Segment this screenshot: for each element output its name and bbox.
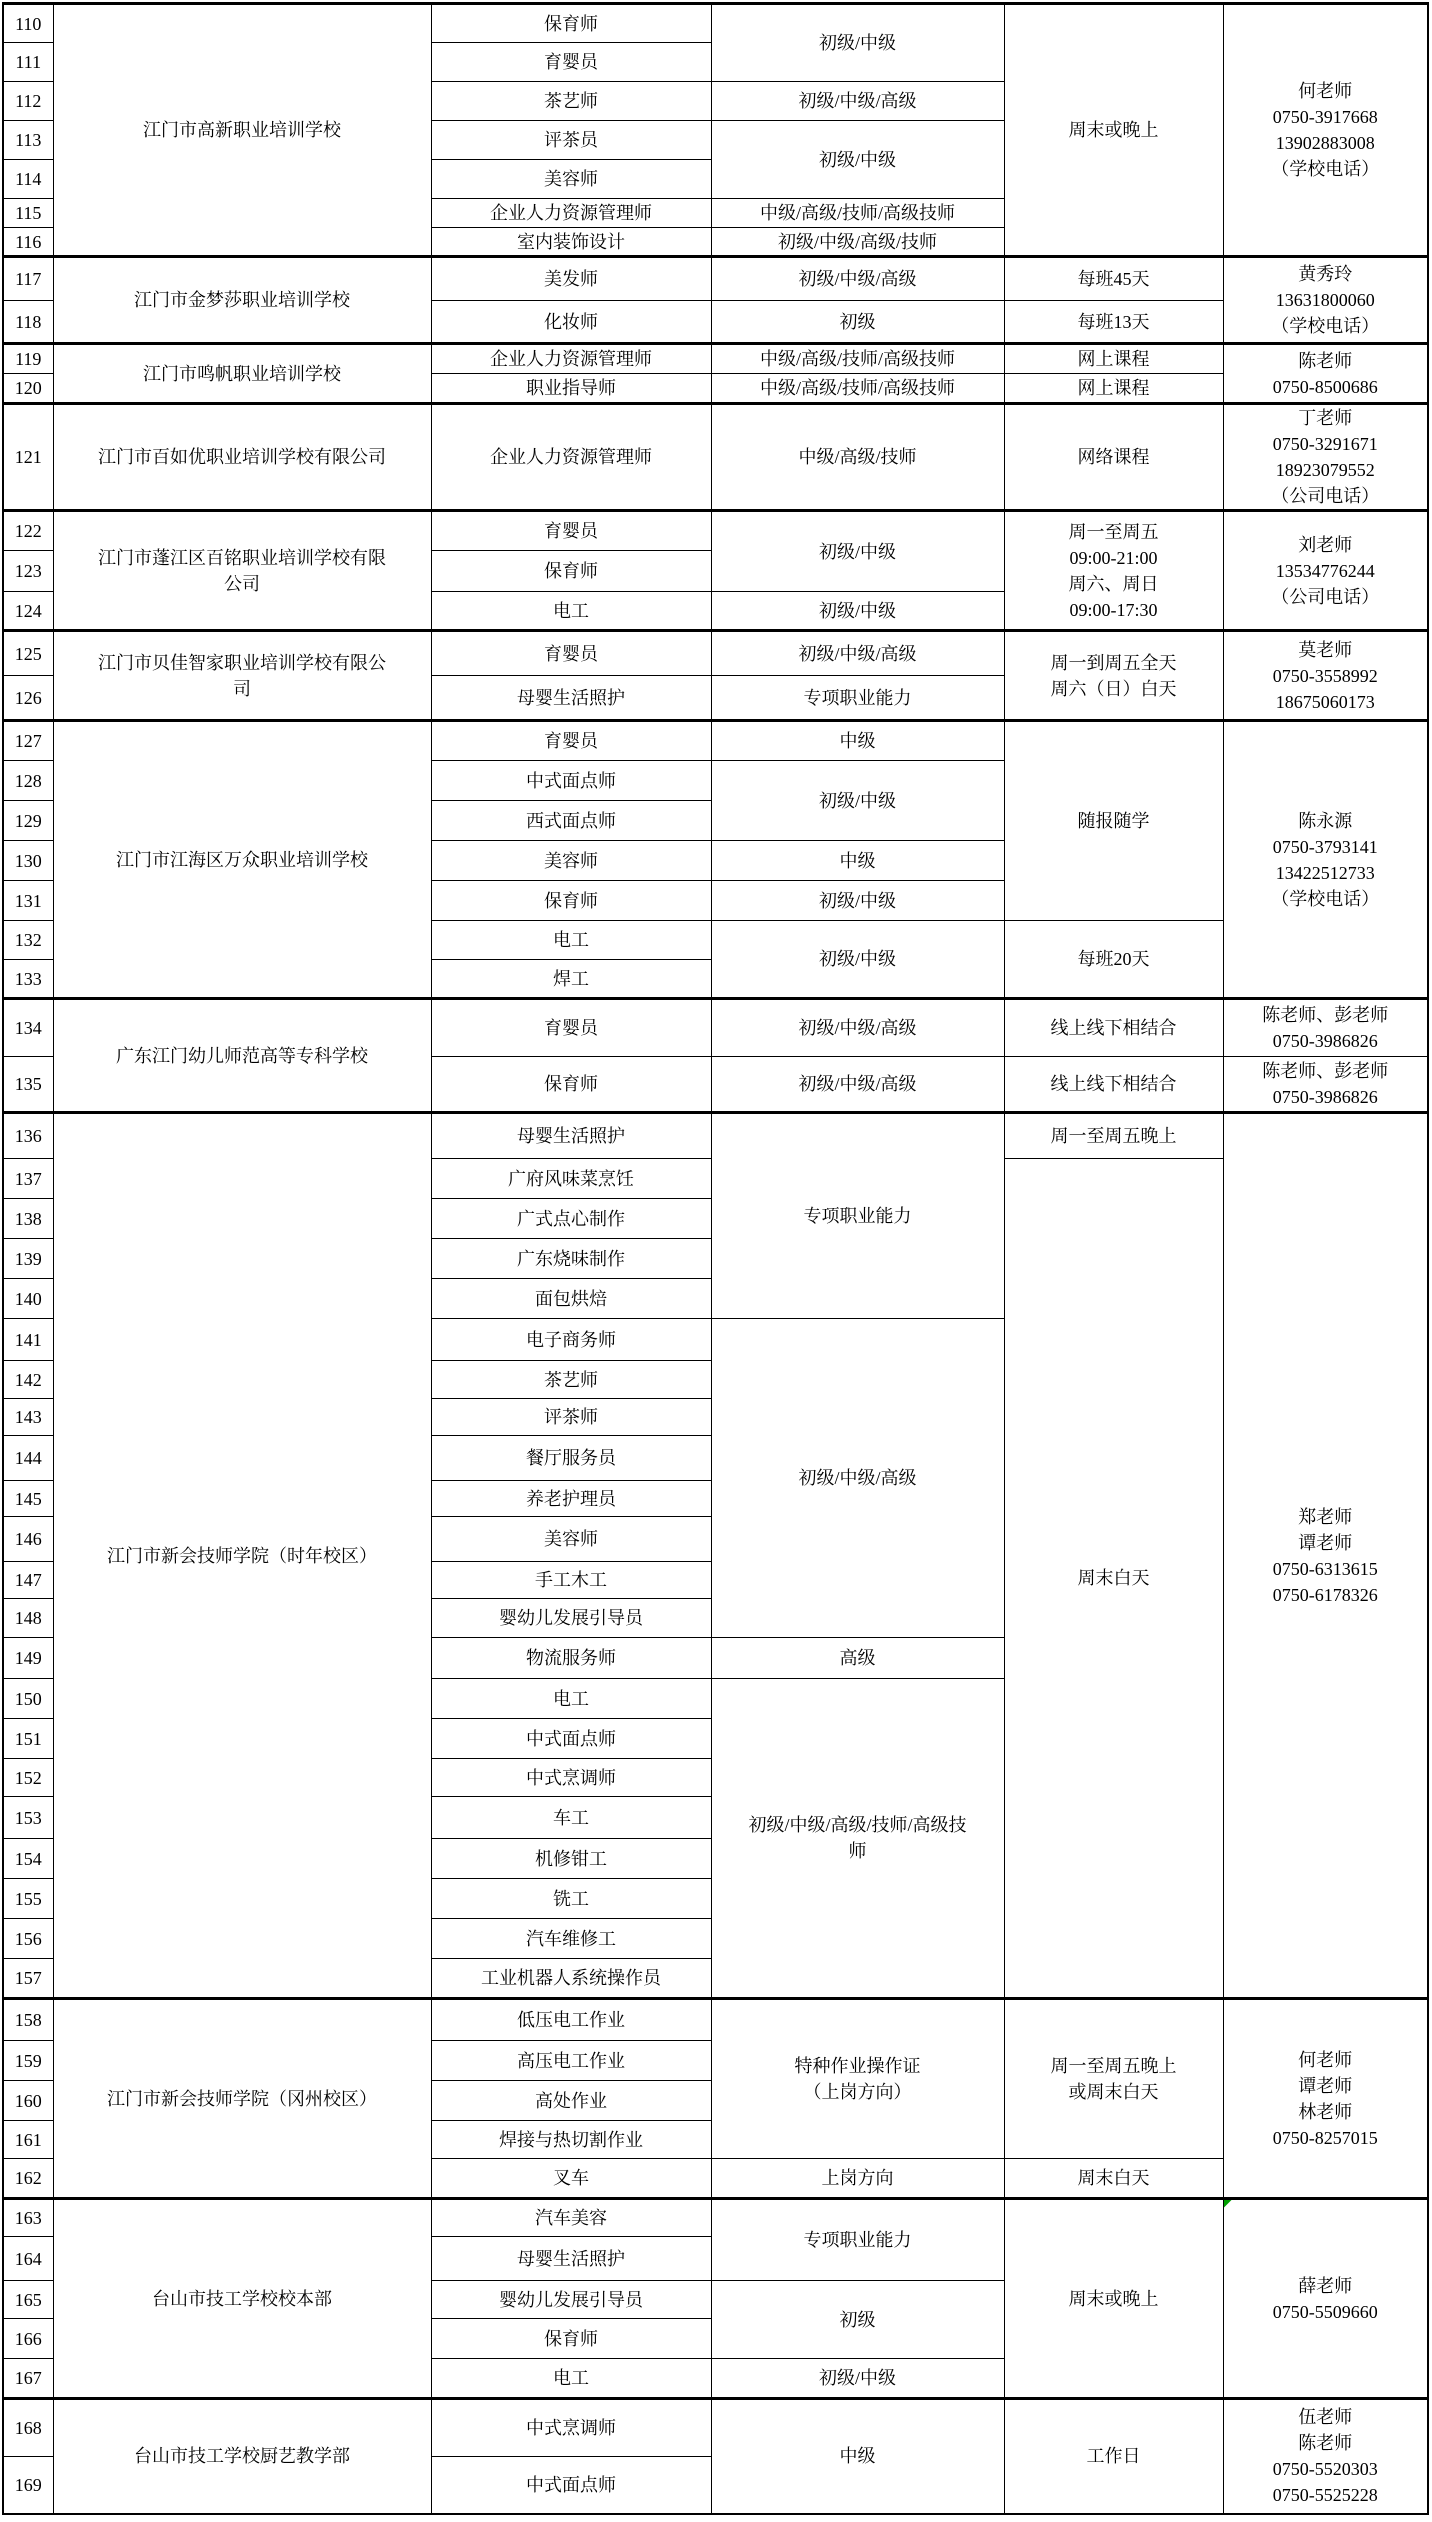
row-number-cell: 163 bbox=[3, 2199, 53, 2237]
row-number-cell: 147 bbox=[3, 1562, 53, 1599]
schedule-cell: 随报随学 bbox=[1004, 721, 1223, 921]
row-number-cell: 126 bbox=[3, 676, 53, 721]
school-cell: 江门市江海区万众职业培训学校 bbox=[53, 721, 431, 999]
level-cell: 初级/中级 bbox=[711, 2359, 1004, 2399]
row-number-cell: 133 bbox=[3, 960, 53, 999]
schedule-cell: 线上线下相结合 bbox=[1004, 1057, 1223, 1113]
row-number-cell: 130 bbox=[3, 841, 53, 881]
schedule-cell: 周一到周五全天 周六（日）白天 bbox=[1004, 631, 1223, 721]
level-cell: 中级 bbox=[711, 2399, 1004, 2514]
course-cell: 企业人力资源管理师 bbox=[431, 199, 711, 228]
row-number-cell: 116 bbox=[3, 228, 53, 257]
course-cell: 西式面点师 bbox=[431, 801, 711, 841]
course-cell: 企业人力资源管理师 bbox=[431, 344, 711, 374]
row-number-cell: 123 bbox=[3, 551, 53, 592]
course-cell: 焊接与热切割作业 bbox=[431, 2121, 711, 2159]
contact-cell: 何老师 谭老师 林老师 0750-8257015 bbox=[1223, 1999, 1428, 2199]
course-cell: 母婴生活照护 bbox=[431, 676, 711, 721]
level-cell: 中级/高级/技师/高级技师 bbox=[711, 374, 1004, 404]
row-number-cell: 110 bbox=[3, 4, 53, 43]
course-cell: 电工 bbox=[431, 1679, 711, 1719]
course-cell: 工业机器人系统操作员 bbox=[431, 1959, 711, 1999]
row-number-cell: 136 bbox=[3, 1113, 53, 1159]
school-cell: 江门市贝佳智家职业培训学校有限公 司 bbox=[53, 631, 431, 721]
level-cell: 专项职业能力 bbox=[711, 1113, 1004, 1319]
course-cell: 焊工 bbox=[431, 960, 711, 999]
row-number-cell: 168 bbox=[3, 2399, 53, 2457]
contact-cell: 莫老师 0750-3558992 18675060173 bbox=[1223, 631, 1428, 721]
level-cell: 中级/高级/技师/高级技师 bbox=[711, 199, 1004, 228]
row-number-cell: 158 bbox=[3, 1999, 53, 2041]
cell-error-indicator-triangle bbox=[1224, 2200, 1232, 2208]
schedule-cell: 周一至周五 09:00-21:00 周六、周日 09:00-17:30 bbox=[1004, 511, 1223, 631]
row-number-cell: 124 bbox=[3, 592, 53, 631]
contact-cell: 何老师 0750-3917668 13902883008 （学校电话） bbox=[1223, 4, 1428, 257]
row-number-cell: 164 bbox=[3, 2237, 53, 2281]
course-cell: 保育师 bbox=[431, 881, 711, 921]
course-cell: 餐厅服务员 bbox=[431, 1436, 711, 1481]
schedule-cell: 每班20天 bbox=[1004, 921, 1223, 999]
level-cell: 中级 bbox=[711, 721, 1004, 761]
school-cell: 江门市百如优职业培训学校有限公司 bbox=[53, 404, 431, 511]
row-number-cell: 129 bbox=[3, 801, 53, 841]
row-number-cell: 128 bbox=[3, 761, 53, 801]
row-number-cell: 134 bbox=[3, 999, 53, 1057]
level-cell: 初级 bbox=[711, 2281, 1004, 2359]
level-cell: 初级/中级 bbox=[711, 511, 1004, 592]
row-number-cell: 165 bbox=[3, 2281, 53, 2319]
course-cell: 中式面点师 bbox=[431, 761, 711, 801]
course-cell: 保育师 bbox=[431, 2319, 711, 2359]
level-cell: 初级/中级/高级 bbox=[711, 631, 1004, 676]
course-cell: 电子商务师 bbox=[431, 1319, 711, 1361]
row-number-cell: 122 bbox=[3, 511, 53, 551]
document-page: 110江门市高新职业培训学校保育师初级/中级周末或晚上何老师 0750-3917… bbox=[0, 0, 1432, 2522]
course-cell: 广东烧味制作 bbox=[431, 1239, 711, 1279]
table-row: 134广东江门幼儿师范高等专科学校育婴员初级/中级/高级线上线下相结合陈老师、彭… bbox=[3, 999, 1428, 1057]
course-cell: 婴幼儿发展引导员 bbox=[431, 2281, 711, 2319]
level-cell: 初级/中级 bbox=[711, 4, 1004, 82]
school-cell: 江门市新会技师学院（冈州校区） bbox=[53, 1999, 431, 2199]
course-cell: 美容师 bbox=[431, 841, 711, 881]
course-cell: 母婴生活照护 bbox=[431, 1113, 711, 1159]
row-number-cell: 121 bbox=[3, 404, 53, 511]
course-cell: 广式点心制作 bbox=[431, 1199, 711, 1239]
schedule-cell: 每班13天 bbox=[1004, 301, 1223, 344]
course-cell: 育婴员 bbox=[431, 721, 711, 761]
course-cell: 美容师 bbox=[431, 160, 711, 199]
row-number-cell: 152 bbox=[3, 1759, 53, 1797]
row-number-cell: 157 bbox=[3, 1959, 53, 1999]
table-row: 163台山市技工学校校本部汽车美容专项职业能力周末或晚上薛老师 0750-550… bbox=[3, 2199, 1428, 2237]
row-number-cell: 125 bbox=[3, 631, 53, 676]
schedule-cell: 网络课程 bbox=[1004, 404, 1223, 511]
course-cell: 茶艺师 bbox=[431, 82, 711, 121]
table-row: 110江门市高新职业培训学校保育师初级/中级周末或晚上何老师 0750-3917… bbox=[3, 4, 1428, 43]
school-cell: 江门市高新职业培训学校 bbox=[53, 4, 431, 257]
school-cell: 江门市蓬江区百铭职业培训学校有限 公司 bbox=[53, 511, 431, 631]
schedule-cell: 每班45天 bbox=[1004, 257, 1223, 301]
schedule-cell: 周一至周五晚上 bbox=[1004, 1113, 1223, 1159]
row-number-cell: 150 bbox=[3, 1679, 53, 1719]
row-number-cell: 137 bbox=[3, 1159, 53, 1199]
table-body: 110江门市高新职业培训学校保育师初级/中级周末或晚上何老师 0750-3917… bbox=[3, 4, 1428, 2514]
row-number-cell: 132 bbox=[3, 921, 53, 960]
course-cell: 中式烹调师 bbox=[431, 2399, 711, 2457]
row-number-cell: 149 bbox=[3, 1638, 53, 1679]
row-number-cell: 166 bbox=[3, 2319, 53, 2359]
level-cell: 中级 bbox=[711, 841, 1004, 881]
school-cell: 江门市新会技师学院（时年校区） bbox=[53, 1113, 431, 1999]
level-cell: 初级/中级/高级 bbox=[711, 999, 1004, 1057]
course-cell: 职业指导师 bbox=[431, 374, 711, 404]
row-number-cell: 148 bbox=[3, 1599, 53, 1638]
row-number-cell: 127 bbox=[3, 721, 53, 761]
course-cell: 中式面点师 bbox=[431, 1719, 711, 1759]
table-row: 119江门市鸣帆职业培训学校企业人力资源管理师中级/高级/技师/高级技师网上课程… bbox=[3, 344, 1428, 374]
course-cell: 广府风味菜烹饪 bbox=[431, 1159, 711, 1199]
school-cell: 江门市鸣帆职业培训学校 bbox=[53, 344, 431, 404]
row-number-cell: 117 bbox=[3, 257, 53, 301]
course-cell: 养老护理员 bbox=[431, 1481, 711, 1517]
course-cell: 高压电工作业 bbox=[431, 2041, 711, 2081]
level-cell: 初级/中级/高级 bbox=[711, 257, 1004, 301]
row-number-cell: 146 bbox=[3, 1517, 53, 1562]
course-cell: 美容师 bbox=[431, 1517, 711, 1562]
course-cell: 高处作业 bbox=[431, 2081, 711, 2121]
course-cell: 机修钳工 bbox=[431, 1839, 711, 1879]
course-cell: 评茶师 bbox=[431, 1399, 711, 1436]
level-cell: 中级/高级/技师/高级技师 bbox=[711, 344, 1004, 374]
course-cell: 母婴生活照护 bbox=[431, 2237, 711, 2281]
contact-cell: 伍老师 陈老师 0750-5520303 0750-5525228 bbox=[1223, 2399, 1428, 2514]
school-cell: 广东江门幼儿师范高等专科学校 bbox=[53, 999, 431, 1113]
course-cell: 低压电工作业 bbox=[431, 1999, 711, 2041]
level-cell: 初级/中级 bbox=[711, 761, 1004, 841]
course-cell: 面包烘焙 bbox=[431, 1279, 711, 1319]
level-cell: 高级 bbox=[711, 1638, 1004, 1679]
row-number-cell: 115 bbox=[3, 199, 53, 228]
contact-cell: 陈老师、彭老师 0750-3986826 bbox=[1223, 999, 1428, 1057]
course-cell: 保育师 bbox=[431, 4, 711, 43]
course-cell: 化妆师 bbox=[431, 301, 711, 344]
contact-cell: 黄秀玲 13631800060 （学校电话） bbox=[1223, 257, 1428, 344]
row-number-cell: 159 bbox=[3, 2041, 53, 2081]
level-cell: 初级/中级/高级/技师 bbox=[711, 228, 1004, 257]
schedule-cell: 网上课程 bbox=[1004, 344, 1223, 374]
table-row: 136江门市新会技师学院（时年校区）母婴生活照护专项职业能力周一至周五晚上郑老师… bbox=[3, 1113, 1428, 1159]
course-cell: 企业人力资源管理师 bbox=[431, 404, 711, 511]
level-cell: 上岗方向 bbox=[711, 2159, 1004, 2199]
course-cell: 汽车维修工 bbox=[431, 1919, 711, 1959]
row-number-cell: 141 bbox=[3, 1319, 53, 1361]
course-cell: 物流服务师 bbox=[431, 1638, 711, 1679]
row-number-cell: 140 bbox=[3, 1279, 53, 1319]
course-cell: 叉车 bbox=[431, 2159, 711, 2199]
schedule-cell: 工作日 bbox=[1004, 2399, 1223, 2514]
school-cell: 江门市金梦莎职业培训学校 bbox=[53, 257, 431, 344]
contact-cell: 薛老师 0750-5509660 bbox=[1223, 2199, 1428, 2399]
row-number-cell: 153 bbox=[3, 1797, 53, 1839]
row-number-cell: 155 bbox=[3, 1879, 53, 1919]
row-number-cell: 169 bbox=[3, 2457, 53, 2514]
level-cell: 初级/中级 bbox=[711, 921, 1004, 999]
course-cell: 电工 bbox=[431, 592, 711, 631]
row-number-cell: 162 bbox=[3, 2159, 53, 2199]
course-cell: 中式面点师 bbox=[431, 2457, 711, 2514]
course-cell: 室内装饰设计 bbox=[431, 228, 711, 257]
table-row: 117江门市金梦莎职业培训学校美发师初级/中级/高级每班45天黄秀玲 13631… bbox=[3, 257, 1428, 301]
table-row: 125江门市贝佳智家职业培训学校有限公 司育婴员初级/中级/高级周一到周五全天 … bbox=[3, 631, 1428, 676]
course-cell: 车工 bbox=[431, 1797, 711, 1839]
table-row: 127江门市江海区万众职业培训学校育婴员中级随报随学陈永源 0750-37931… bbox=[3, 721, 1428, 761]
training-schedule-table: 110江门市高新职业培训学校保育师初级/中级周末或晚上何老师 0750-3917… bbox=[2, 2, 1429, 2515]
row-number-cell: 143 bbox=[3, 1399, 53, 1436]
course-cell: 婴幼儿发展引导员 bbox=[431, 1599, 711, 1638]
course-cell: 汽车美容 bbox=[431, 2199, 711, 2237]
table-row: 158江门市新会技师学院（冈州校区）低压电工作业特种作业操作证 （上岗方向）周一… bbox=[3, 1999, 1428, 2041]
schedule-cell: 周末白天 bbox=[1004, 1159, 1223, 1999]
level-cell: 初级/中级 bbox=[711, 592, 1004, 631]
level-cell: 初级/中级 bbox=[711, 121, 1004, 199]
schedule-cell: 周末或晚上 bbox=[1004, 4, 1223, 257]
level-cell: 专项职业能力 bbox=[711, 676, 1004, 721]
contact-cell: 陈老师、彭老师 0750-3986826 bbox=[1223, 1057, 1428, 1113]
course-cell: 铣工 bbox=[431, 1879, 711, 1919]
row-number-cell: 167 bbox=[3, 2359, 53, 2399]
level-cell: 中级/高级/技师 bbox=[711, 404, 1004, 511]
schedule-cell: 周末或晚上 bbox=[1004, 2199, 1223, 2399]
level-cell: 初级/中级 bbox=[711, 881, 1004, 921]
course-cell: 手工木工 bbox=[431, 1562, 711, 1599]
row-number-cell: 118 bbox=[3, 301, 53, 344]
schedule-cell: 网上课程 bbox=[1004, 374, 1223, 404]
contact-cell: 刘老师 13534776244 （公司电话） bbox=[1223, 511, 1428, 631]
row-number-cell: 161 bbox=[3, 2121, 53, 2159]
contact-cell: 陈永源 0750-3793141 13422512733 （学校电话） bbox=[1223, 721, 1428, 999]
course-cell: 美发师 bbox=[431, 257, 711, 301]
schedule-cell: 周末白天 bbox=[1004, 2159, 1223, 2199]
table-row: 122江门市蓬江区百铭职业培训学校有限 公司育婴员初级/中级周一至周五 09:0… bbox=[3, 511, 1428, 551]
schedule-cell: 线上线下相结合 bbox=[1004, 999, 1223, 1057]
row-number-cell: 151 bbox=[3, 1719, 53, 1759]
course-cell: 保育师 bbox=[431, 551, 711, 592]
row-number-cell: 114 bbox=[3, 160, 53, 199]
row-number-cell: 119 bbox=[3, 344, 53, 374]
course-cell: 育婴员 bbox=[431, 511, 711, 551]
school-cell: 台山市技工学校厨艺教学部 bbox=[53, 2399, 431, 2514]
course-cell: 育婴员 bbox=[431, 631, 711, 676]
schedule-cell: 周一至周五晚上 或周末白天 bbox=[1004, 1999, 1223, 2159]
course-cell: 电工 bbox=[431, 2359, 711, 2399]
row-number-cell: 111 bbox=[3, 43, 53, 82]
course-cell: 保育师 bbox=[431, 1057, 711, 1113]
row-number-cell: 131 bbox=[3, 881, 53, 921]
course-cell: 茶艺师 bbox=[431, 1361, 711, 1399]
contact-cell: 郑老师 谭老师 0750-6313615 0750-6178326 bbox=[1223, 1113, 1428, 1999]
contact-cell: 丁老师 0750-3291671 18923079552 （公司电话） bbox=[1223, 404, 1428, 511]
row-number-cell: 145 bbox=[3, 1481, 53, 1517]
course-cell: 育婴员 bbox=[431, 999, 711, 1057]
level-cell: 专项职业能力 bbox=[711, 2199, 1004, 2281]
course-cell: 评茶员 bbox=[431, 121, 711, 160]
table-row: 168台山市技工学校厨艺教学部中式烹调师中级工作日伍老师 陈老师 0750-55… bbox=[3, 2399, 1428, 2457]
course-cell: 育婴员 bbox=[431, 43, 711, 82]
row-number-cell: 120 bbox=[3, 374, 53, 404]
row-number-cell: 142 bbox=[3, 1361, 53, 1399]
level-cell: 特种作业操作证 （上岗方向） bbox=[711, 1999, 1004, 2159]
row-number-cell: 154 bbox=[3, 1839, 53, 1879]
course-cell: 电工 bbox=[431, 921, 711, 960]
row-number-cell: 139 bbox=[3, 1239, 53, 1279]
row-number-cell: 144 bbox=[3, 1436, 53, 1481]
level-cell: 初级/中级/高级/技师/高级技 师 bbox=[711, 1679, 1004, 1999]
contact-cell: 陈老师 0750-8500686 bbox=[1223, 344, 1428, 404]
table-row: 121江门市百如优职业培训学校有限公司企业人力资源管理师中级/高级/技师网络课程… bbox=[3, 404, 1428, 511]
row-number-cell: 135 bbox=[3, 1057, 53, 1113]
level-cell: 初级/中级/高级 bbox=[711, 1319, 1004, 1638]
level-cell: 初级/中级/高级 bbox=[711, 1057, 1004, 1113]
level-cell: 初级 bbox=[711, 301, 1004, 344]
level-cell: 初级/中级/高级 bbox=[711, 82, 1004, 121]
row-number-cell: 112 bbox=[3, 82, 53, 121]
course-cell: 中式烹调师 bbox=[431, 1759, 711, 1797]
row-number-cell: 156 bbox=[3, 1919, 53, 1959]
row-number-cell: 113 bbox=[3, 121, 53, 160]
row-number-cell: 138 bbox=[3, 1199, 53, 1239]
school-cell: 台山市技工学校校本部 bbox=[53, 2199, 431, 2399]
row-number-cell: 160 bbox=[3, 2081, 53, 2121]
